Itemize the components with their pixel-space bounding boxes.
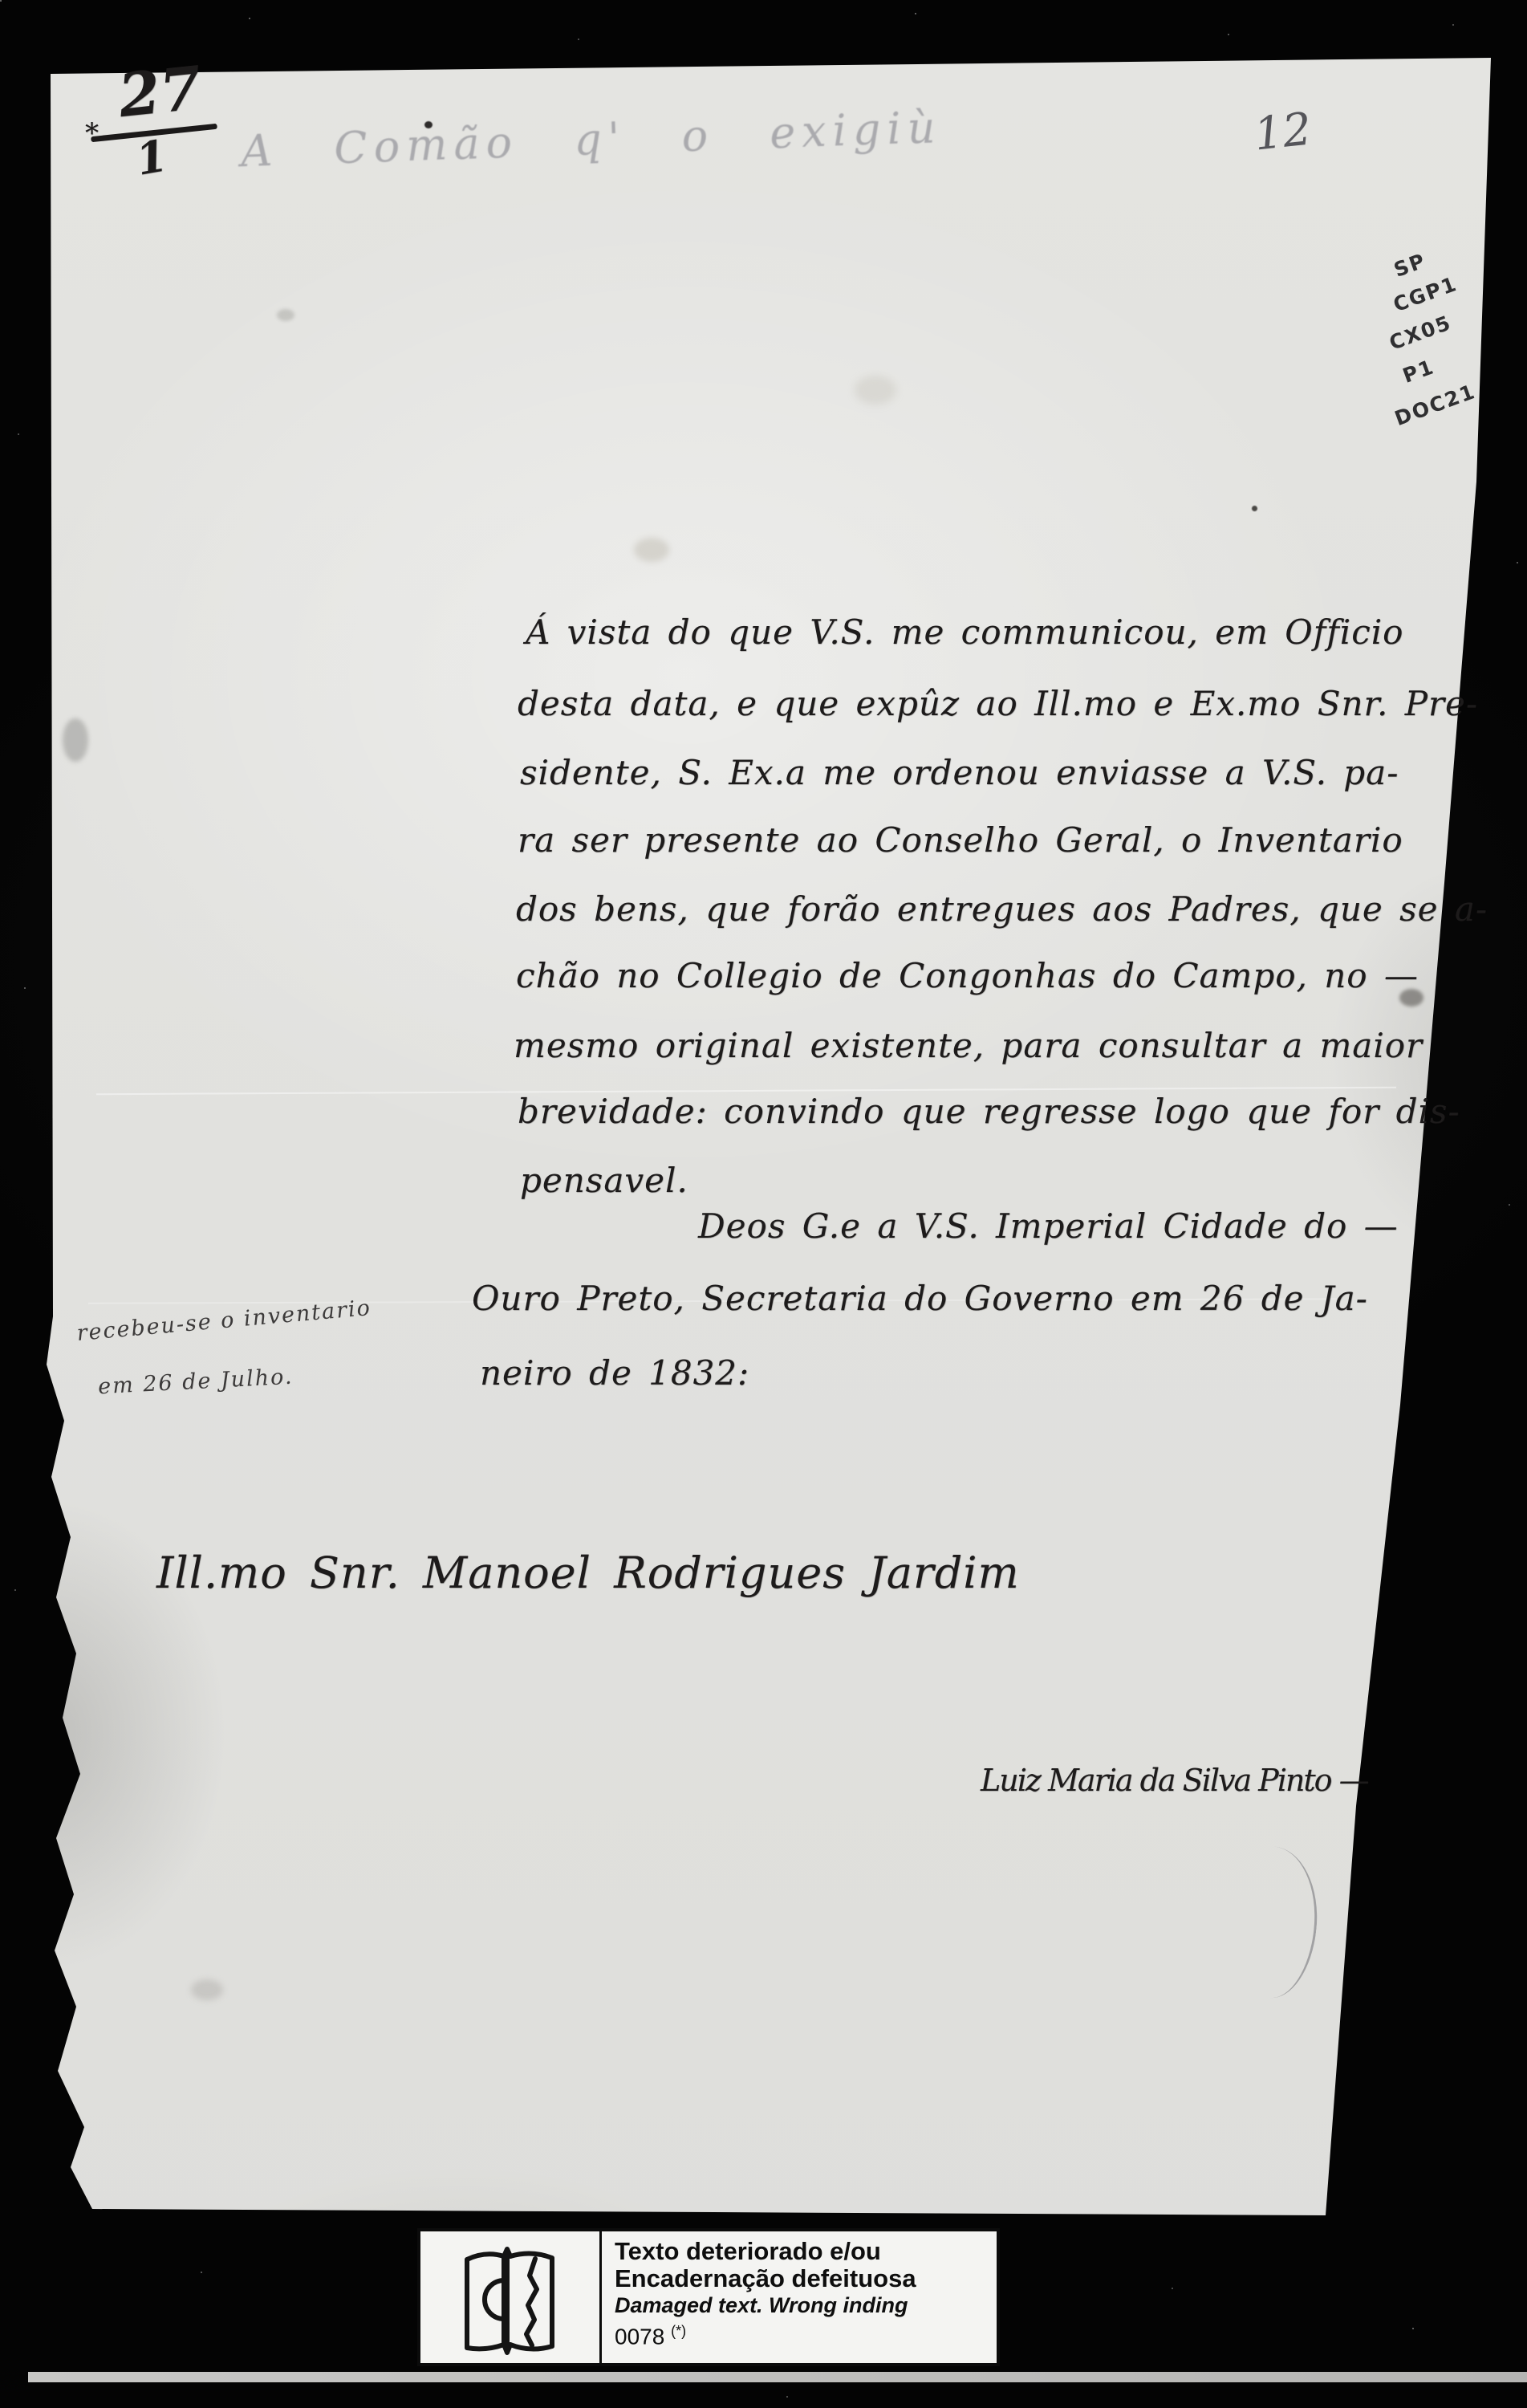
foxing-stain bbox=[191, 1979, 223, 2000]
stamp-icon-cell bbox=[420, 2231, 602, 2363]
paper-sheet bbox=[0, 0, 1527, 2408]
stamp-text-cell: Texto deteriorado e/ou Encadernação defe… bbox=[602, 2231, 997, 2363]
stamp-number-note: (*) bbox=[671, 2323, 686, 2339]
letter-dateline: Ouro Preto, Secretaria do Governo em 26 … bbox=[472, 1279, 1368, 1318]
stamp-number: 0078 (*) bbox=[615, 2318, 997, 2349]
pencil-page-number: 12 bbox=[1252, 103, 1314, 161]
scanned-document-page: 27 * 1 A Comão q' o exigiù 12 SP CGP1 CX… bbox=[0, 0, 1527, 2408]
foxing-stain bbox=[634, 538, 669, 562]
letter-body-line: brevidade: convindo que regresse logo qu… bbox=[518, 1092, 1460, 1131]
foxing-stain bbox=[855, 376, 896, 405]
stamp-text-pt-line1: Texto deteriorado e/ou bbox=[615, 2238, 997, 2265]
letter-body-line: ra ser presente ao Conselho Geral, o Inv… bbox=[518, 820, 1403, 860]
damaged-book-icon bbox=[454, 2239, 567, 2356]
letter-signature: Luiz Maria da Silva Pinto — bbox=[981, 1763, 1368, 1798]
ink-spot bbox=[1252, 506, 1257, 511]
letter-body-line: desta data, e que expûz ao Ill.mo e Ex.m… bbox=[518, 684, 1478, 723]
next-page-edge bbox=[28, 2372, 1527, 2382]
letter-body-line: sidente, S. Ex.a me ordenou enviasse a V… bbox=[520, 753, 1399, 792]
letter-addressee: Ill.mo Snr. Manoel Rodrigues Jardim bbox=[156, 1548, 1020, 1598]
letter-body-line: mesmo original existente, para consultar… bbox=[514, 1026, 1423, 1065]
edge-smudge bbox=[63, 718, 88, 762]
doc-number-numerator: 27 bbox=[116, 54, 205, 131]
letter-body-line: chão no Collegio de Congonhas do Campo, … bbox=[516, 956, 1419, 995]
letter-closing-line: Deos G.e a V.S. Imperial Cidade do — bbox=[698, 1206, 1399, 1246]
stamp-text-pt-line2: Encadernação defeituosa bbox=[615, 2265, 997, 2292]
foxing-stain bbox=[277, 309, 294, 321]
letter-body-line: pensavel. bbox=[520, 1161, 688, 1200]
dust-specks bbox=[0, 0, 2, 2]
letter-body-line: dos bens, que forão entregues aos Padres… bbox=[516, 889, 1488, 929]
stamp-text-en: Damaged text. Wrong inding bbox=[615, 2292, 997, 2318]
stamp-number-value: 0078 bbox=[615, 2324, 664, 2349]
letter-dateline: neiro de 1832: bbox=[480, 1353, 749, 1393]
letter-body-line: Á vista do que V.S. me communicou, em Of… bbox=[526, 612, 1403, 652]
doc-number-star-mark: * bbox=[85, 117, 99, 149]
condition-stamp-label: Texto deteriorado e/ou Encadernação defe… bbox=[417, 2228, 1000, 2366]
